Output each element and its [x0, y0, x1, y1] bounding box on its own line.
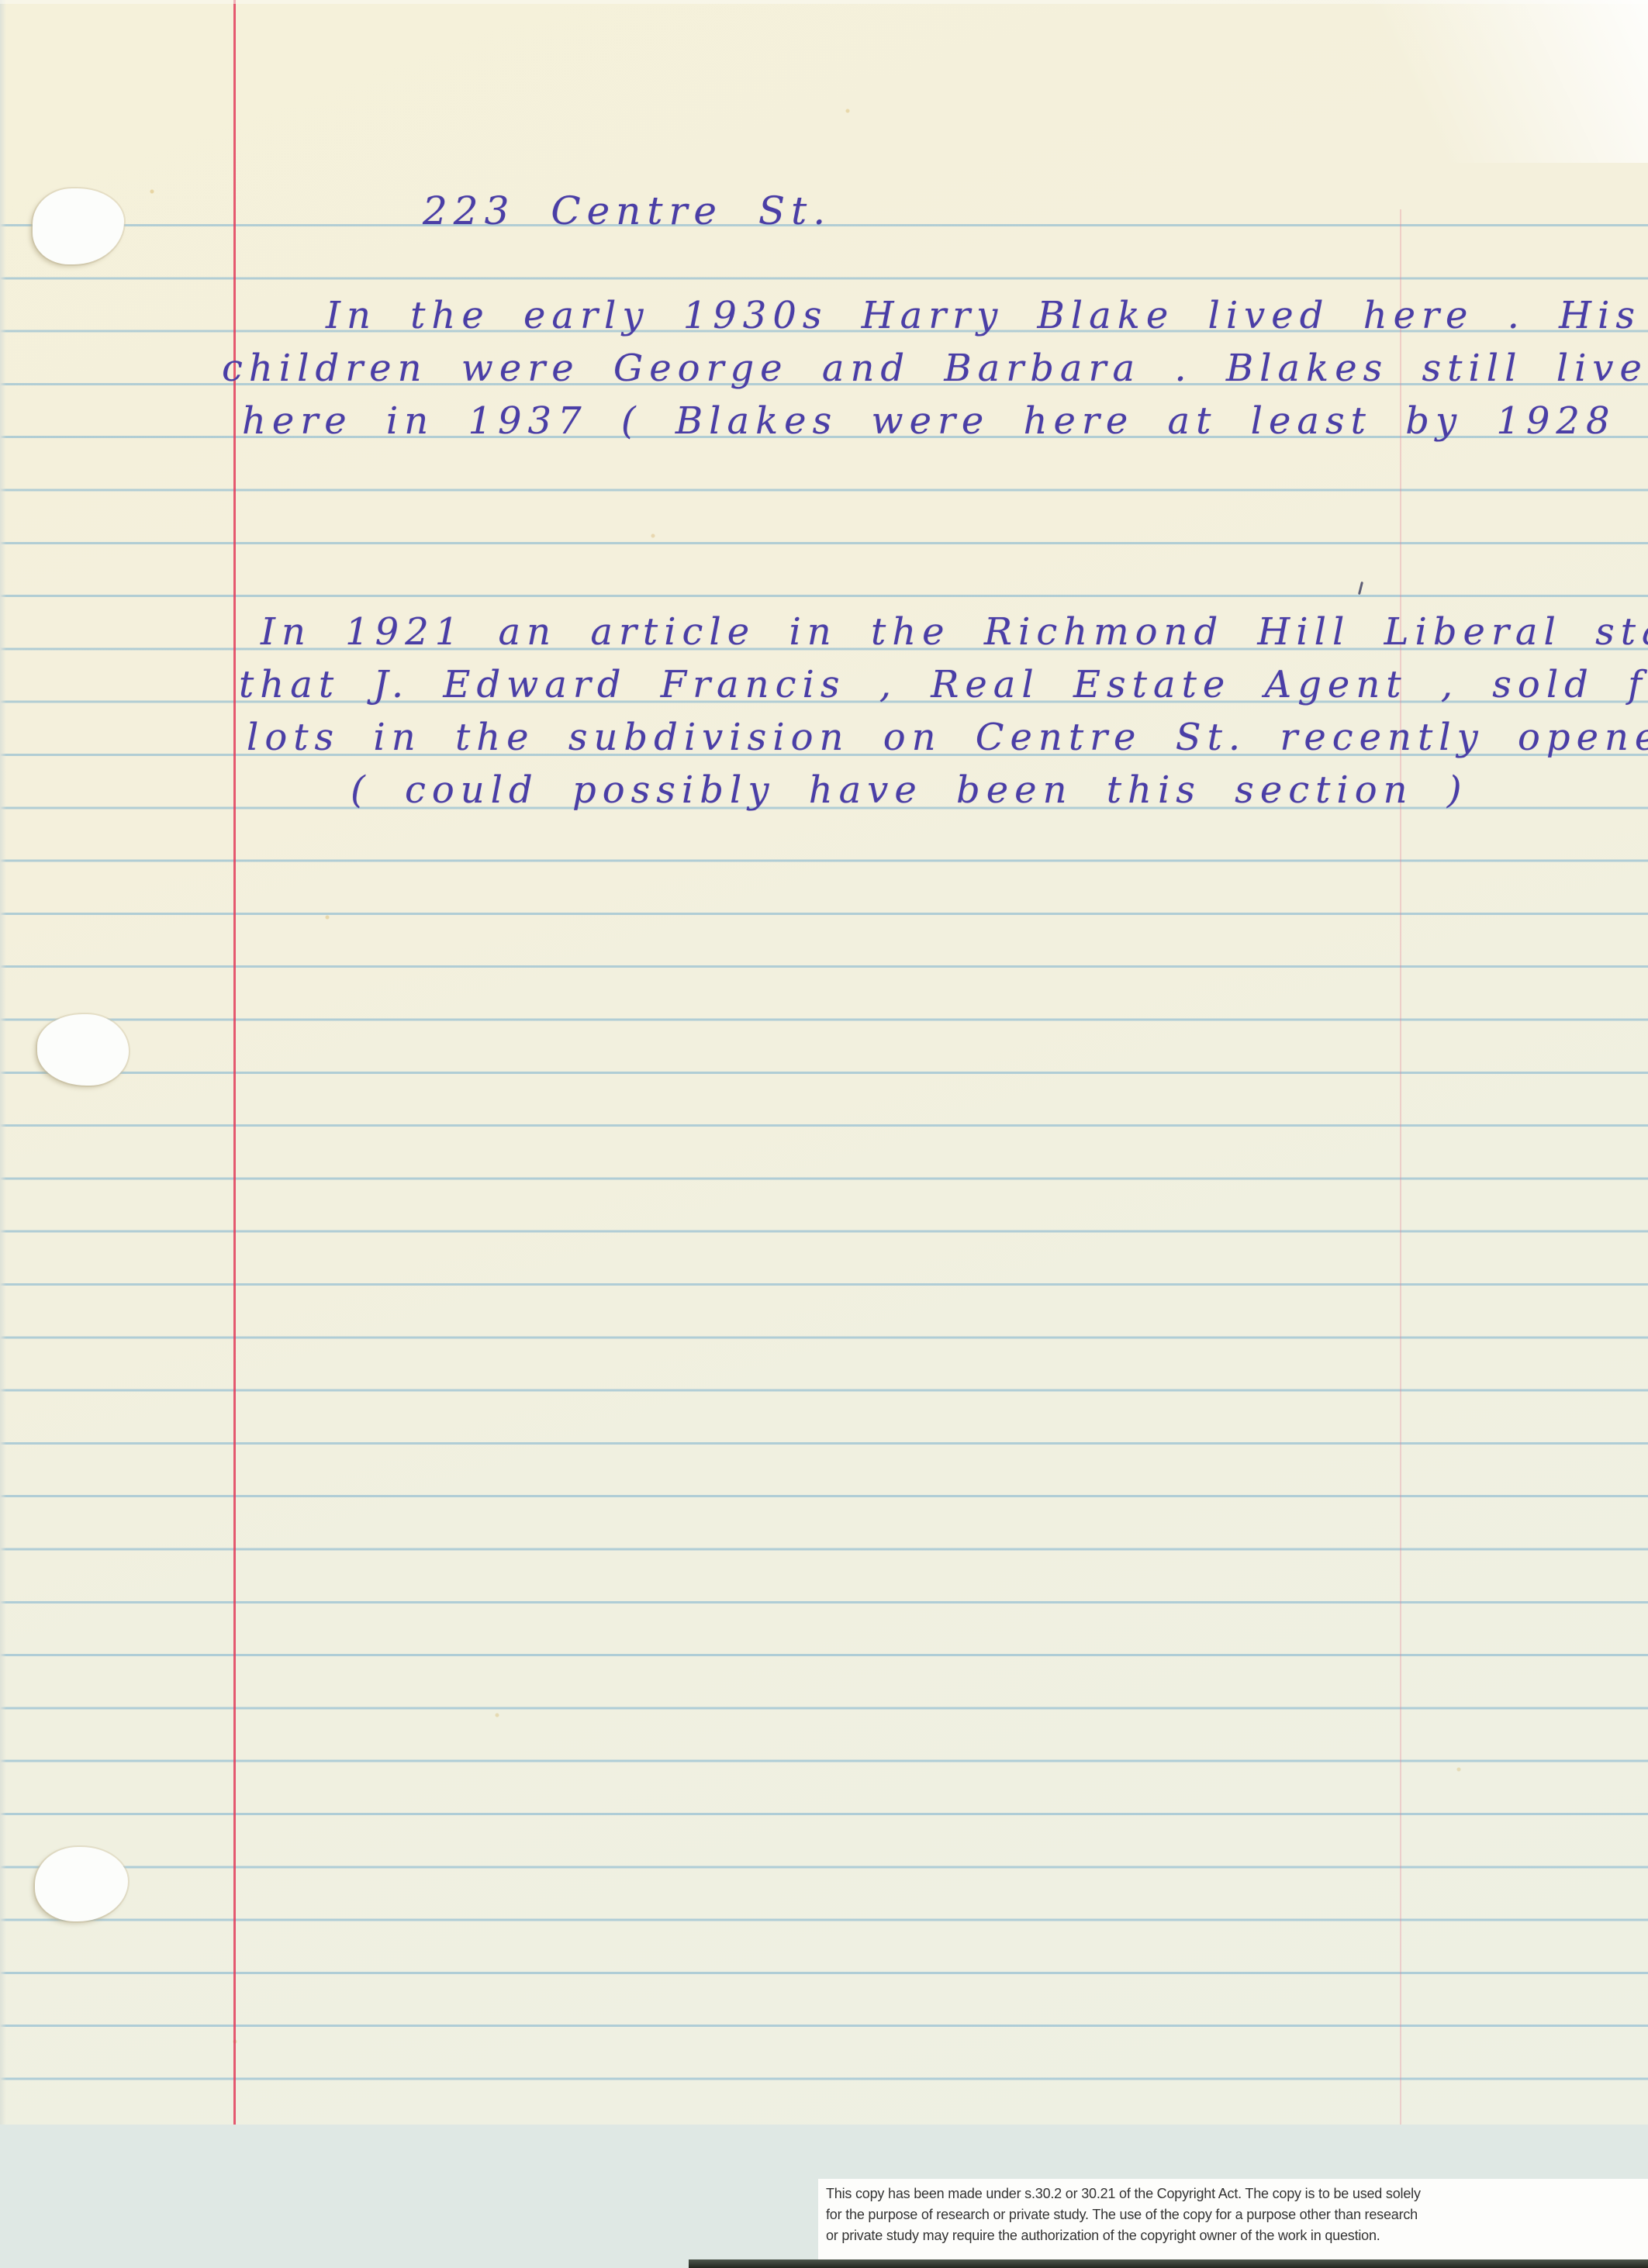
margin-bleed-through-line: [1400, 209, 1401, 2125]
handwriting-line: In the early 1930s Harry Blake lived her…: [326, 294, 1641, 337]
handwriting-line: In 1921 an article in the Richmond Hill …: [261, 610, 1648, 654]
handwriting-line: children were George and Barbara . Blake…: [222, 347, 1648, 390]
copyright-stamp-line: This copy has been made under s.30.2 or …: [826, 2183, 1643, 2204]
paper-left-edge: [0, 0, 6, 2125]
handwritten-title: 223 Centre St.: [423, 188, 831, 233]
scanned-notebook-page: 223 Centre St. In the early 1930s Harry …: [0, 0, 1648, 2268]
copyright-stamp: This copy has been made under s.30.2 or …: [818, 2179, 1648, 2259]
notebook-paper: 223 Centre St. In the early 1930s Harry …: [0, 0, 1648, 2125]
red-margin-line: [233, 0, 236, 2125]
handwriting-line: that J. Edward Francis , Real Estate Age…: [239, 663, 1648, 706]
handwriting-line: ( could possibly have been this section …: [351, 768, 1468, 812]
copyright-stamp-line: for the purpose of research or private s…: [826, 2204, 1643, 2225]
punch-hole-middle: [37, 1014, 129, 1086]
top-right-corner-highlight: [1214, 0, 1648, 163]
copyright-stamp-line: or private study may require the authori…: [826, 2225, 1643, 2246]
handwriting-line: lots in the subdivision on Centre St. re…: [247, 716, 1648, 759]
scan-bottom-dark-band: [689, 2259, 1648, 2268]
handwriting-line: here in 1937 ( Blakes were here at least…: [242, 399, 1615, 443]
